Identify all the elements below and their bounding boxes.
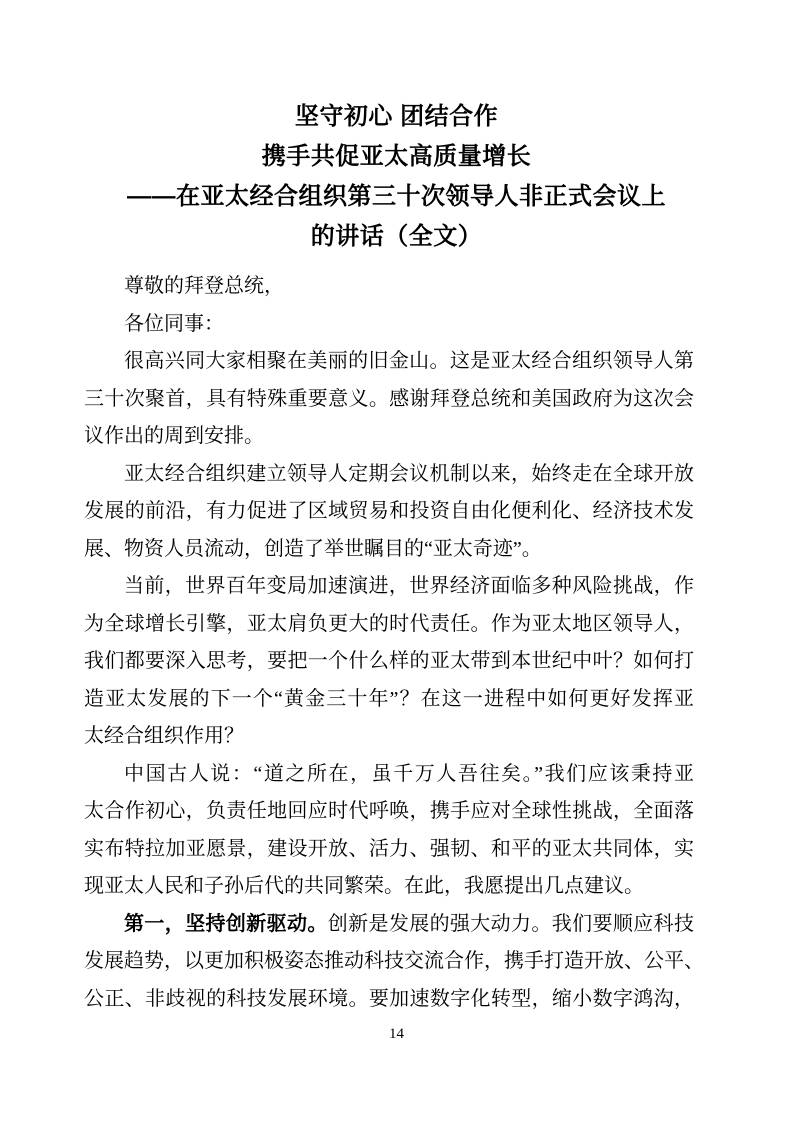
- title-line-2: 携手共促亚太高质量增长: [0, 137, 793, 177]
- text-line: 造亚太发展的下一个“黄金三十年”？在这一进程中如何更好发挥亚: [84, 681, 694, 719]
- paragraph-current-situation: 当前，世界百年变局加速演进，世界经济面临多种风险挑战，作 为全球增长引擎，亚太肩…: [84, 568, 694, 756]
- text-line: 实布特拉加亚愿景，建设开放、活力、强韧、和平的亚太共同体，实: [84, 831, 694, 869]
- title-line-3: ——在亚太经合组织第三十次领导人非正式会议上: [0, 177, 793, 217]
- text-line: 发展的前沿，有力促进了区域贸易和投资自由化便利化、经济技术发: [84, 493, 694, 531]
- text-line: 展、物资人员流动，创造了举世瞩目的“亚太奇迹”。: [84, 531, 694, 569]
- text-line: 议作出的周到安排。: [84, 418, 694, 456]
- title-line-4: 的讲话（全文）: [0, 217, 793, 257]
- text-line: 三十次聚首，具有特殊重要意义。感谢拜登总统和美国政府为这次会: [84, 381, 694, 419]
- title-line-1: 坚守初心 团结合作: [0, 97, 793, 137]
- bold-lead-text: 第一，坚持创新驱动。: [124, 913, 328, 935]
- text-line: 中国古人说：“道之所在，虽千万人吾往矣。”我们应该秉持亚: [84, 756, 694, 794]
- paragraph-first-proposal: 第一，坚持创新驱动。创新是发展的强大动力。我们要顺应科技 发展趋势，以更加积极姿…: [84, 906, 694, 1019]
- document-title: 坚守初心 团结合作 携手共促亚太高质量增长 ——在亚太经合组织第三十次领导人非正…: [0, 97, 793, 257]
- paragraph-salutation-2: 各位同事：: [84, 306, 694, 344]
- text-line: 发展趋势，以更加积极姿态推动科技交流合作，携手打造开放、公平、: [84, 943, 694, 981]
- text-line: 为全球增长引擎，亚太肩负更大的时代责任。作为亚太地区领导人，: [84, 606, 694, 644]
- paragraph-salutation-1: 尊敬的拜登总统，: [84, 268, 694, 306]
- document-page: 坚守初心 团结合作 携手共促亚太高质量增长 ——在亚太经合组织第三十次领导人非正…: [0, 0, 793, 1122]
- text-line: 公正、非歧视的科技发展环境。要加速数字化转型，缩小数字鸿沟，: [84, 981, 694, 1019]
- page-number: 14: [0, 1026, 793, 1043]
- document-body: 尊敬的拜登总统， 各位同事： 很高兴同大家相聚在美丽的旧金山。这是亚太经合组织领…: [84, 268, 694, 1018]
- text-line: 现亚太人民和子孙后代的共同繁荣。在此，我愿提出几点建议。: [84, 868, 694, 906]
- text-line: 尊敬的拜登总统，: [84, 268, 694, 306]
- text-line: 我们都要深入思考，要把一个什么样的亚太带到本世纪中叶？如何打: [84, 643, 694, 681]
- lead-line-rest: 创新是发展的强大动力。我们要顺应科技: [328, 913, 694, 935]
- text-line: 各位同事：: [84, 306, 694, 344]
- text-line: 太合作初心，负责任地回应时代呼唤，携手应对全球性挑战，全面落: [84, 793, 694, 831]
- paragraph-apec-history: 亚太经合组织建立领导人定期会议机制以来，始终走在全球开放 发展的前沿，有力促进了…: [84, 456, 694, 569]
- text-line: 第一，坚持创新驱动。创新是发展的强大动力。我们要顺应科技: [84, 906, 694, 944]
- text-line: 很高兴同大家相聚在美丽的旧金山。这是亚太经合组织领导人第: [84, 343, 694, 381]
- text-line: 亚太经合组织建立领导人定期会议机制以来，始终走在全球开放: [84, 456, 694, 494]
- paragraph-ancient-quote: 中国古人说：“道之所在，虽千万人吾往矣。”我们应该秉持亚 太合作初心，负责任地回…: [84, 756, 694, 906]
- paragraph-greeting: 很高兴同大家相聚在美丽的旧金山。这是亚太经合组织领导人第 三十次聚首，具有特殊重…: [84, 343, 694, 456]
- text-line: 太经合组织作用？: [84, 718, 694, 756]
- text-line: 当前，世界百年变局加速演进，世界经济面临多种风险挑战，作: [84, 568, 694, 606]
